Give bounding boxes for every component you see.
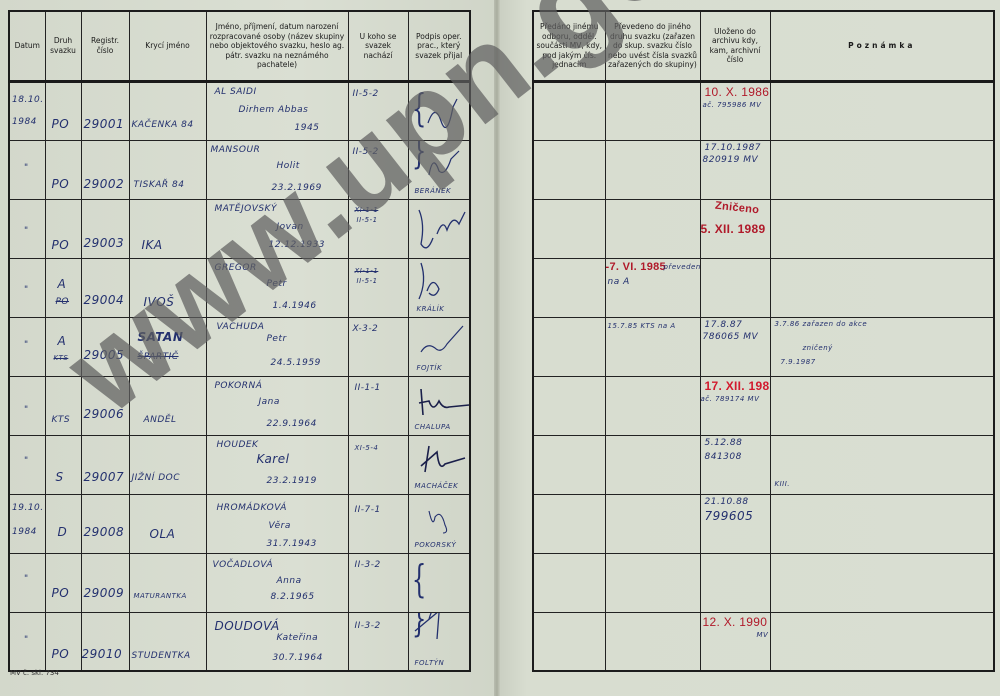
cell-predano: [533, 435, 605, 494]
signature-icon: [413, 261, 469, 305]
signature-icon: [411, 612, 471, 649]
cell-jmeno: HROMÁDKOVÁ Věra 31.7.1943: [206, 494, 348, 553]
table-row: " PO 29002 TISKAŘ 84 MANSOUR Holit 23.2.…: [9, 140, 470, 199]
header-row: Datum Druh svazku Registr. číslo Krycí j…: [9, 11, 470, 81]
cell-datum: ": [9, 140, 45, 199]
table-row: 17.10.1987 820919 MV: [533, 140, 994, 199]
cell-prevedeno: [605, 81, 700, 140]
cell-podpis: FOJTÍK: [408, 317, 470, 376]
table-row: " PO 29010 STUDENTKA DOUDOVÁ Kateřina 30…: [9, 612, 470, 671]
signature-icon: [423, 505, 463, 535]
header-predano: Předáno jinému odboru, odděl. součásti M…: [533, 11, 605, 81]
cell-predano: [533, 612, 605, 671]
cell-reg: 29005: [81, 317, 129, 376]
header-druh-svazku: Druh svazku: [45, 11, 81, 81]
cell-druh: PO: [45, 612, 81, 671]
table-row: " PO 29009 MATURANTKA VOČADLOVÁ Anna 8.2…: [9, 553, 470, 612]
registry-ledger-left: Datum Druh svazku Registr. číslo Krycí j…: [8, 10, 471, 672]
cell-poznamka: KIII.: [770, 435, 994, 494]
cell-druh: A KTS: [45, 317, 81, 376]
signature-icon: [417, 442, 467, 480]
cell-ulozeno: [700, 258, 770, 317]
cell-prevedeno: 15.7.85 KTS na A: [605, 317, 700, 376]
cell-datum: ": [9, 376, 45, 435]
cell-podpis: } FOLTÝN: [408, 612, 470, 671]
cell-datum: ": [9, 258, 45, 317]
cell-druh: PO: [45, 81, 81, 140]
signature-icon: [417, 324, 467, 360]
cell-u-koho: II-3-2: [348, 553, 408, 612]
cell-podpis: MACHÁČEK: [408, 435, 470, 494]
cell-ulozeno: Zničeno 5. XII. 1989: [700, 199, 770, 258]
cell-predano: [533, 140, 605, 199]
cell-podpis: [408, 199, 470, 258]
cell-datum: ": [9, 317, 45, 376]
cell-prevedeno: -7. VI. 1985 převedeno na A: [605, 258, 700, 317]
table-row: 17. XII. 1987 ač. 789174 MV: [533, 376, 994, 435]
cell-podpis: POKORSKÝ: [408, 494, 470, 553]
cell-reg: 29003: [81, 199, 129, 258]
table-row: 19.10. 1984 D 29008 OLA HROMÁDKOVÁ Věra …: [9, 494, 470, 553]
table-row: 15.7.85 KTS na A 17.8.87 786065 MV 3.7.8…: [533, 317, 994, 376]
cell-u-koho: XI-1-1 II-5-1: [348, 199, 408, 258]
form-code: MV č. skl. 734: [10, 669, 59, 677]
cell-predano: [533, 494, 605, 553]
cell-kryci: JIŽNÍ DOC: [129, 435, 206, 494]
table-row: 5.12.88 841308 KIII.: [533, 435, 994, 494]
cell-datum: ": [9, 612, 45, 671]
cell-datum: ": [9, 199, 45, 258]
cell-jmeno: VACHUDA Petr 24.5.1959: [206, 317, 348, 376]
transfer-date-stamp: -7. VI. 1985: [606, 261, 666, 273]
table-row: 21.10.88 799605: [533, 494, 994, 553]
signature-icon: [423, 93, 463, 133]
cell-datum: 18.10. 1984: [9, 81, 45, 140]
table-row: " A KTS 29005 SATAN ŠPARTIČ VACHUDA Petr…: [9, 317, 470, 376]
signature-icon: [423, 147, 463, 183]
cell-reg: 29006: [81, 376, 129, 435]
cell-kryci: IKA: [129, 199, 206, 258]
archive-date-stamp: 17. XII. 1987: [705, 379, 771, 393]
cell-reg: 29001: [81, 81, 129, 140]
table-row: 10. X. 1986 ač. 795986 MV: [533, 81, 994, 140]
cell-predano: [533, 258, 605, 317]
cell-druh: KTS: [45, 376, 81, 435]
cell-u-koho: II-7-1: [348, 494, 408, 553]
header-datum: Datum: [9, 11, 45, 81]
cell-poznamka: [770, 494, 994, 553]
table-row: " A PO 29004 IVOŠ GREGOR Petr 1.4.1946 X…: [9, 258, 470, 317]
cell-jmeno: MATĚJOVSKÝ Jovan 12.12.1933: [206, 199, 348, 258]
table-row: " KTS 29006 ANDĚL POKORNÁ Jana 22.9.1964…: [9, 376, 470, 435]
cell-poznamka: [770, 199, 994, 258]
brace-icon: {: [411, 560, 426, 598]
cell-reg: 29004: [81, 258, 129, 317]
cell-druh: S: [45, 435, 81, 494]
cell-jmeno: VOČADLOVÁ Anna 8.2.1965: [206, 553, 348, 612]
cell-poznamka: 3.7.86 zařazen do akce zničený 7.9.1987: [770, 317, 994, 376]
cell-u-koho: II-5-2: [348, 140, 408, 199]
cell-u-koho: II-3-2: [348, 612, 408, 671]
cell-druh: PO: [45, 553, 81, 612]
cell-predano: [533, 553, 605, 612]
signature-icon: [413, 204, 469, 258]
cell-predano: [533, 376, 605, 435]
cell-ulozeno: [700, 553, 770, 612]
registry-ledger-right: Předáno jinému odboru, odděl. součásti M…: [532, 10, 995, 672]
header-prevedeno: Převedeno do jiného druhu svazku (zařaze…: [605, 11, 700, 81]
archive-date-stamp: 10. X. 1986: [705, 85, 770, 99]
cell-u-koho: II-1-1: [348, 376, 408, 435]
cell-u-koho: XI-1-1 II-5-1: [348, 258, 408, 317]
cell-kryci: SATAN ŠPARTIČ: [129, 317, 206, 376]
cell-prevedeno: [605, 494, 700, 553]
cell-kryci: MATURANTKA: [129, 553, 206, 612]
table-row: -7. VI. 1985 převedeno na A: [533, 258, 994, 317]
cell-jmeno: DOUDOVÁ Kateřina 30.7.1964: [206, 612, 348, 671]
cell-u-koho: XI-5-4: [348, 435, 408, 494]
header-ulozeno: Uloženo do archivu kdy, kam, archivní čí…: [700, 11, 770, 81]
cell-ulozeno: 12. X. 1990 MV: [700, 612, 770, 671]
cell-ulozeno: 17. XII. 1987 ač. 789174 MV: [700, 376, 770, 435]
cell-kryci: KAČENKA 84: [129, 81, 206, 140]
cell-prevedeno: [605, 199, 700, 258]
cell-reg: 29009: [81, 553, 129, 612]
cell-predano: [533, 81, 605, 140]
cell-prevedeno: [605, 435, 700, 494]
table-row: " PO 29003 IKA MATĚJOVSKÝ Jovan 12.12.19…: [9, 199, 470, 258]
cell-ulozeno: 10. X. 1986 ač. 795986 MV: [700, 81, 770, 140]
table-row: " S 29007 JIŽNÍ DOC HOUDEK Karel 23.2.19…: [9, 435, 470, 494]
cell-kryci: ANDĚL: [129, 376, 206, 435]
header-kryci-jmeno: Krycí jméno: [129, 11, 206, 81]
cell-ulozeno: 17.8.87 786065 MV: [700, 317, 770, 376]
cell-kryci: STUDENTKA: [129, 612, 206, 671]
header-poznamka: Poznámka: [770, 11, 994, 81]
cell-jmeno: HOUDEK Karel 23.2.1919: [206, 435, 348, 494]
table-row: 18.10. 1984 PO 29001 KAČENKA 84 AL SAIDI…: [9, 81, 470, 140]
signature-icon: [415, 385, 471, 419]
cell-druh: D: [45, 494, 81, 553]
cell-podpis: CHALUPA: [408, 376, 470, 435]
cell-poznamka: [770, 140, 994, 199]
cell-reg: 29002: [81, 140, 129, 199]
cell-reg: 29010: [81, 612, 129, 671]
table-row: Zničeno 5. XII. 1989: [533, 199, 994, 258]
cell-reg: 29007: [81, 435, 129, 494]
cell-druh: PO: [45, 140, 81, 199]
header-podpis: Podpis oper. prac., který svazek přijal: [408, 11, 470, 81]
cell-kryci: IVOŠ: [129, 258, 206, 317]
cell-kryci: TISKAŘ 84: [129, 140, 206, 199]
cell-prevedeno: [605, 140, 700, 199]
cell-prevedeno: [605, 553, 700, 612]
book-gutter: [494, 0, 500, 696]
cell-poznamka: [770, 81, 994, 140]
cell-podpis: } BERÁNEK: [408, 140, 470, 199]
cell-ulozeno: 21.10.88 799605: [700, 494, 770, 553]
cell-u-koho: X-3-2: [348, 317, 408, 376]
header-jmeno-osoby: Jméno, příjmení, datum narození rozpraco…: [206, 11, 348, 81]
cell-jmeno: AL SAIDI Dirhem Abbas 1945: [206, 81, 348, 140]
destroyed-stamp: Zničeno: [714, 199, 759, 216]
cell-ulozeno: 17.10.1987 820919 MV: [700, 140, 770, 199]
cell-datum: ": [9, 553, 45, 612]
cell-predano: [533, 317, 605, 376]
cell-datum: 19.10. 1984: [9, 494, 45, 553]
cell-jmeno: MANSOUR Holit 23.2.1969: [206, 140, 348, 199]
cell-podpis: {: [408, 81, 470, 140]
header-u-koho: U koho se svazek nachází: [348, 11, 408, 81]
cell-prevedeno: [605, 376, 700, 435]
cell-poznamka: [770, 258, 994, 317]
cell-poznamka: [770, 376, 994, 435]
table-row: 12. X. 1990 MV: [533, 612, 994, 671]
cell-poznamka: [770, 553, 994, 612]
cell-jmeno: POKORNÁ Jana 22.9.1964: [206, 376, 348, 435]
cell-reg: 29008: [81, 494, 129, 553]
cell-ulozeno: 5.12.88 841308: [700, 435, 770, 494]
cell-predano: [533, 199, 605, 258]
destroyed-date-stamp: 5. XII. 1989: [701, 222, 766, 236]
table-row: [533, 553, 994, 612]
cell-podpis: {: [408, 553, 470, 612]
cell-jmeno: GREGOR Petr 1.4.1946: [206, 258, 348, 317]
cell-poznamka: [770, 612, 994, 671]
cell-podpis: KRÁLÍK: [408, 258, 470, 317]
cell-prevedeno: [605, 612, 700, 671]
cell-u-koho: II-5-2: [348, 81, 408, 140]
cell-druh: PO: [45, 199, 81, 258]
cell-druh: A PO: [45, 258, 81, 317]
archive-date-stamp: 12. X. 1990: [703, 615, 768, 629]
cell-datum: ": [9, 435, 45, 494]
cell-kryci: OLA: [129, 494, 206, 553]
header-row: Předáno jinému odboru, odděl. součásti M…: [533, 11, 994, 81]
header-registr-cislo: Registr. číslo: [81, 11, 129, 81]
